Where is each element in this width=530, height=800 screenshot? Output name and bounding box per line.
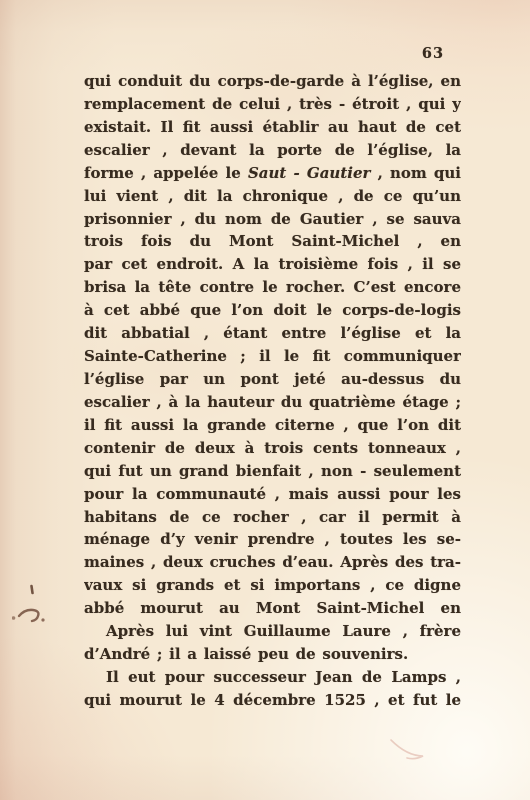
text-line: vaux si grands et si importans , ce dign… [84, 574, 461, 597]
text-line: d’André ; il a laissé peu de souvenirs. [84, 643, 461, 666]
text-line: qui mourut le 4 décembre 1525 , et fut l… [84, 689, 461, 712]
book-page-scan: 63 qui conduit du corps-de-garde à l’égl… [0, 0, 530, 800]
text-line: Sainte-Catherine ; il le fit communiquer… [84, 345, 461, 368]
text-line: maines , deux cruches d’eau. Après des t… [84, 551, 461, 574]
text-line: contenir de deux à trois cents tonneaux … [84, 437, 461, 460]
ink-blemish-icon [12, 580, 60, 630]
text-line: qui conduit du corps-de-garde à l’église… [84, 70, 461, 93]
text-line: forme , appelée le Saut - Gautier , nom … [84, 162, 461, 185]
text-line: lui vient , dit la chronique , de ce qu’… [84, 185, 461, 208]
text-line: Il eut pour successeur Jean de Lamps , [84, 666, 461, 689]
text-line: prisonnier , du nom de Gautier , se sauv… [84, 208, 461, 231]
text-line: qui fut un grand bienfait , non - seulem… [84, 460, 461, 483]
italic-term: Saut - Gautier [248, 164, 370, 182]
text-line: trois fois du Mont Saint-Michel , en sau… [84, 230, 461, 253]
text-line: il fit aussi la grande citerne , que l’o… [84, 414, 461, 437]
text-line: l’église par un pont jeté au-dessus du g… [84, 368, 461, 391]
text-line: pour la communauté , mais aussi pour les [84, 483, 461, 506]
text-line: remplacement de celui , très - étroit , … [84, 93, 461, 116]
text-line: escalier , à la hauteur du quatrième éta… [84, 391, 461, 414]
text-line: existait. Il fit aussi établir au haut d… [84, 116, 461, 139]
text-line: brisa la tête contre le rocher. C’est en… [84, 276, 461, 299]
text-line: à cet abbé que l’on doit le corps-de-log… [84, 299, 461, 322]
text-line: escalier , devant la porte de l’église, … [84, 139, 461, 162]
text-line: Après lui vint Guillaume Laure , frère [84, 620, 461, 643]
page-text: qui conduit du corps-de-garde à l’église… [84, 70, 461, 712]
page-number: 63 [411, 45, 455, 62]
text-line: par cet endroit. A la troisième fois , i… [84, 253, 461, 276]
text-line: ménage d’y venir prendre , toutes les se… [84, 528, 461, 551]
text-line: dit abbatial , étant entre l’église et l… [84, 322, 461, 345]
text-line: abbé mourut au Mont Saint-Michel en 1510… [84, 597, 461, 620]
crease-mark-icon [385, 730, 435, 775]
text-line: habitans de ce rocher , car il permit à … [84, 506, 461, 529]
